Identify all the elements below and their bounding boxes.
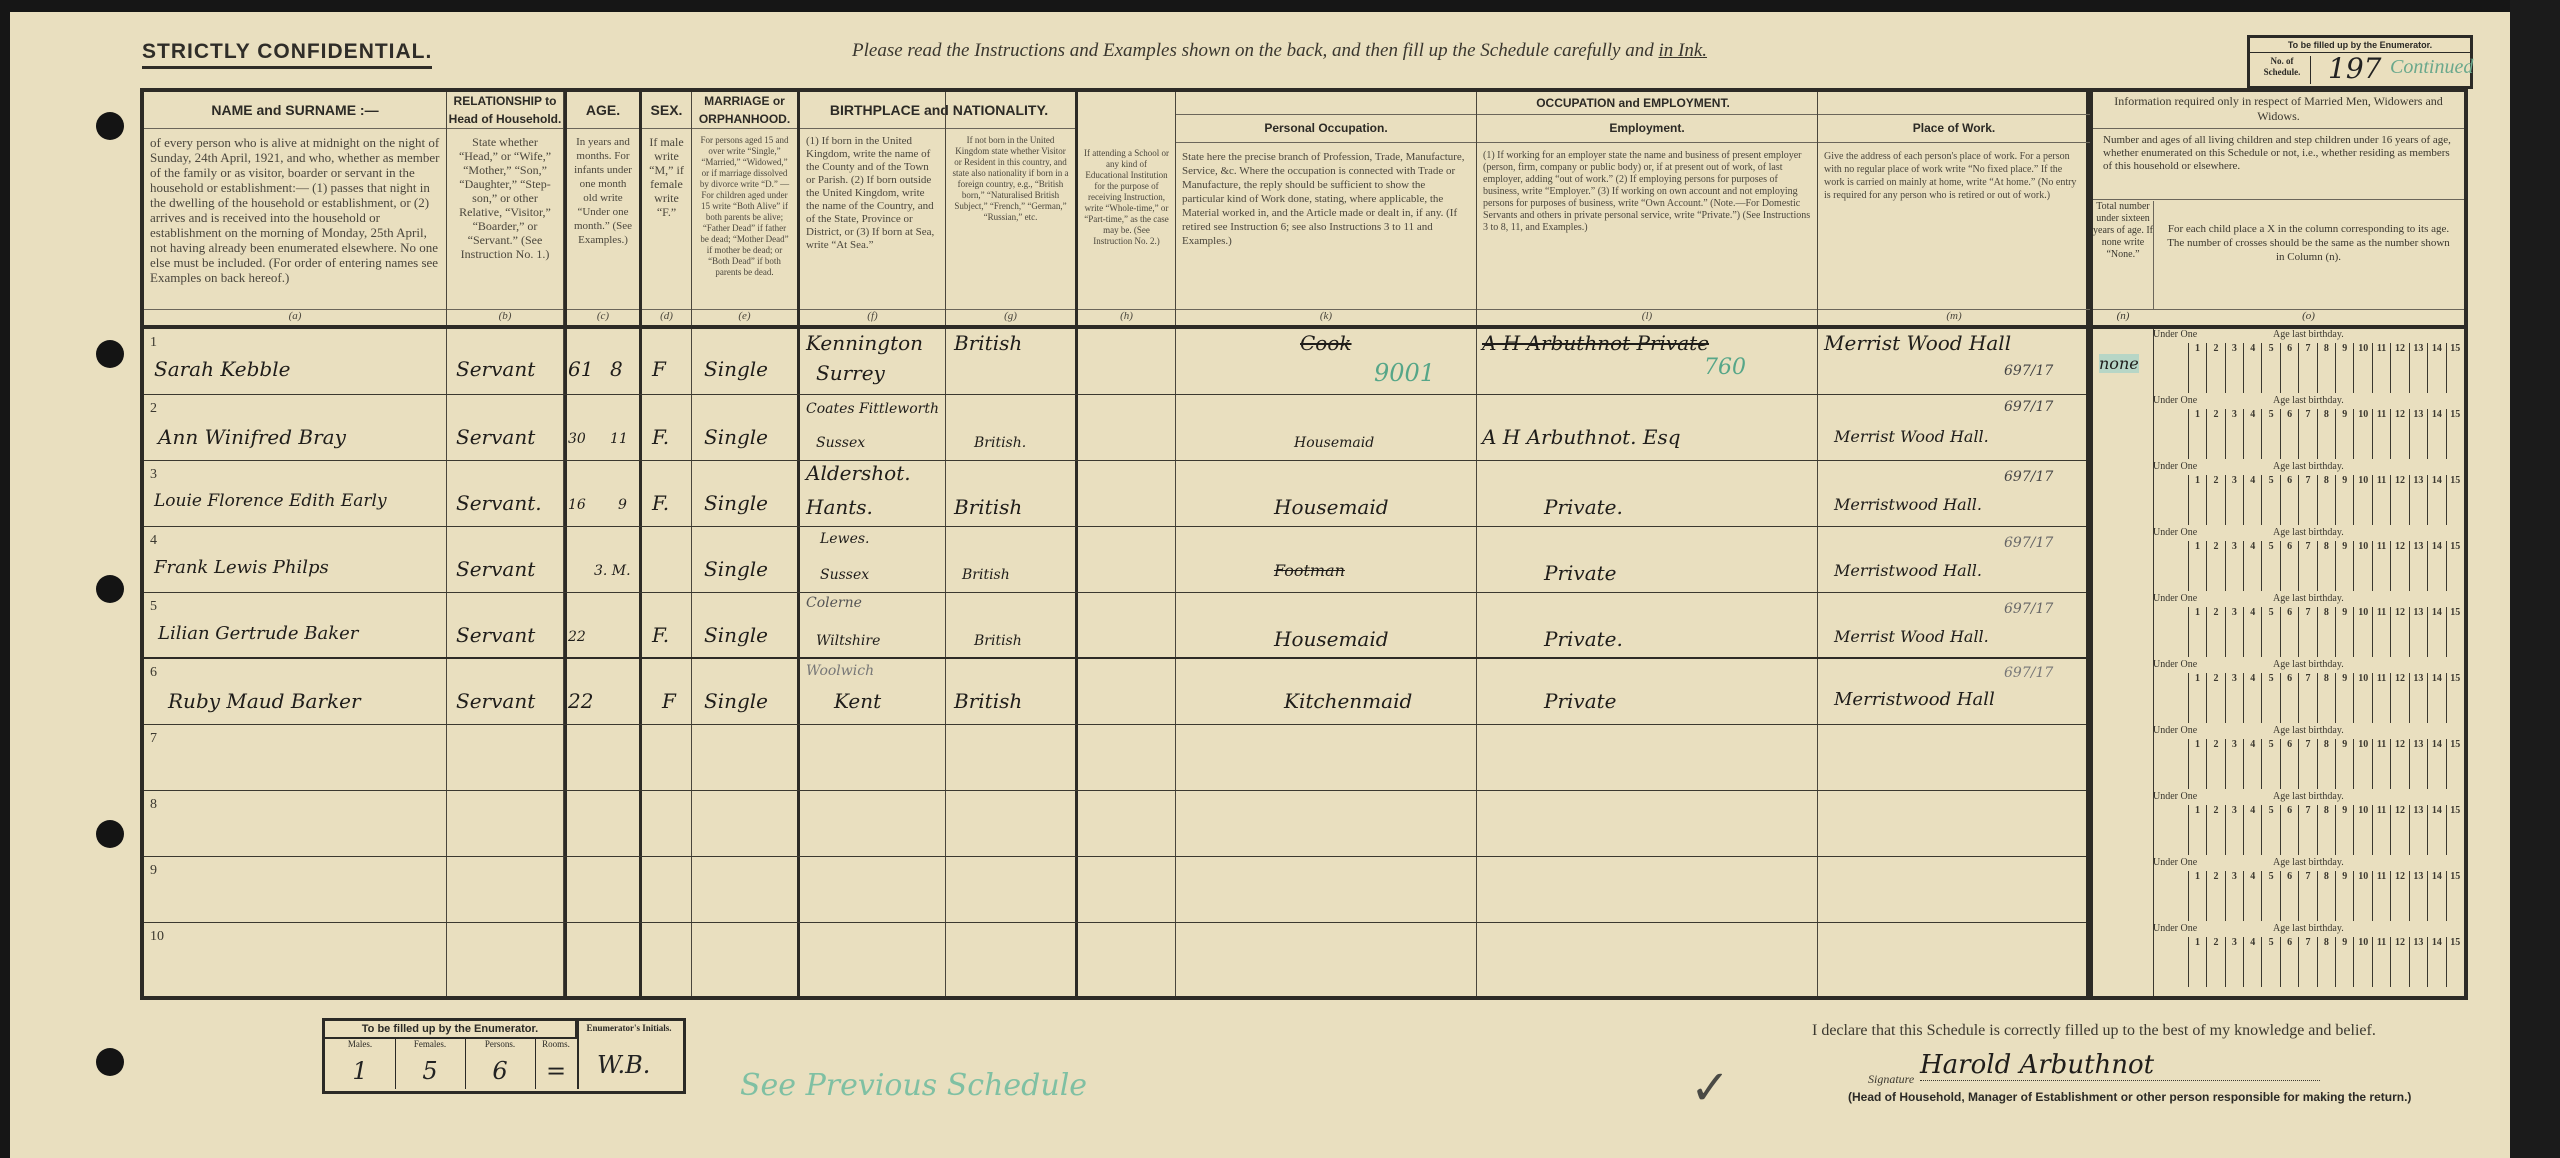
nationality: British. bbox=[974, 435, 1026, 451]
entries: 1 Sarah Kebble Servant 61 8 F Single Ken… bbox=[144, 329, 2086, 996]
table-row: 10 bbox=[144, 923, 2086, 989]
person-name: Frank Lewis Philps bbox=[154, 557, 329, 578]
employer: A H Arbuthnot Private bbox=[1482, 331, 1709, 355]
column-o-instructions: For each child place a X in the column c… bbox=[2153, 222, 2464, 302]
occupation: Housemaid bbox=[1274, 627, 1389, 651]
column-letter: (g) bbox=[946, 309, 1075, 326]
age-grid: Under One Age last birthday. 12345678910… bbox=[2153, 461, 2464, 527]
column-header: Personal Occupation. bbox=[1176, 114, 1476, 143]
marital-status: Single bbox=[704, 357, 768, 381]
birthplace-town: Woolwich bbox=[806, 663, 874, 679]
column-letter: (c) bbox=[567, 309, 639, 326]
birthplace-county: Hants. bbox=[806, 495, 873, 519]
signature-label: Signature bbox=[1868, 1072, 1914, 1087]
place-of-work: Merristwood Hall bbox=[1834, 689, 1995, 710]
column-instructions: If male write “M,” if female write “F.” bbox=[642, 129, 691, 309]
sex: F. bbox=[652, 425, 669, 449]
sex: F. bbox=[652, 623, 669, 647]
place-code: 697/17 bbox=[2004, 601, 2053, 617]
table-row: 5 Lilian Gertrude Baker Servant 22 F. Si… bbox=[144, 593, 2086, 659]
row-number: 9 bbox=[150, 863, 157, 879]
place-code: 697/17 bbox=[2004, 665, 2053, 681]
column-instructions: of every person who is alive at midnight… bbox=[144, 129, 446, 309]
age-years: 16 bbox=[568, 497, 586, 513]
marital-status: Single bbox=[704, 557, 768, 581]
age-grid: Under One Age last birthday. 12345678910… bbox=[2153, 659, 2464, 725]
column-letter: (k) bbox=[1176, 309, 1476, 326]
column-instructions: State whether “Head,” or “Wife,” “Mother… bbox=[447, 129, 563, 309]
age-last-birthday-label: Age last birthday. bbox=[2273, 395, 2344, 406]
place-of-work: Merrist Wood Hall bbox=[1824, 331, 2011, 355]
age-last-birthday-label: Age last birthday. bbox=[2273, 593, 2344, 604]
birthplace-town: Aldershot. bbox=[806, 461, 911, 485]
enumerator-initials: W.B. bbox=[597, 1051, 650, 1079]
person-name: Ann Winifred Bray bbox=[158, 425, 346, 449]
column-instructions: State here the precise branch of Profess… bbox=[1176, 144, 1476, 309]
instructions-line: Please read the Instructions and Example… bbox=[852, 40, 1707, 62]
person-name: Louie Florence Edith Early bbox=[154, 491, 387, 511]
table-row: 3 Louie Florence Edith Early Servant. 16… bbox=[144, 461, 2086, 527]
punch-hole bbox=[96, 820, 124, 848]
age-months: 9 bbox=[618, 497, 627, 513]
age-last-birthday-label: Age last birthday. bbox=[2273, 791, 2344, 802]
under-one-label: Under One bbox=[2153, 461, 2197, 472]
children-section-header: Information required only in respect of … bbox=[2093, 92, 2464, 129]
age-grid: Under One Age last birthday. 12345678910… bbox=[2153, 725, 2464, 791]
females-count: 5 bbox=[395, 1057, 465, 1085]
under-one-label: Under One bbox=[2153, 593, 2197, 604]
under-one-label: Under One bbox=[2153, 857, 2197, 868]
punch-hole bbox=[96, 1048, 124, 1076]
sex: F bbox=[652, 357, 666, 381]
marital-status: Single bbox=[704, 491, 768, 515]
column-instructions: If not born in the United Kingdom state … bbox=[946, 129, 1075, 309]
table-row: 2 Ann Winifred Bray Servant 30 11 F. Sin… bbox=[144, 395, 2086, 461]
table-row: 9 bbox=[144, 857, 2086, 923]
column-instructions: (1) If born in the United Kingdom, write… bbox=[800, 129, 945, 309]
schedule-number-label: No. of Schedule. bbox=[2254, 56, 2311, 84]
children-count: none bbox=[2099, 354, 2139, 373]
males-count: 1 bbox=[325, 1057, 395, 1085]
place-code: 697/17 bbox=[2004, 399, 2053, 415]
males-label: Males. bbox=[325, 1039, 395, 1049]
age-grid: Under One Age last birthday. 12345678910… bbox=[2153, 923, 2464, 989]
row-number: 7 bbox=[150, 731, 157, 747]
row-number: 6 bbox=[150, 665, 157, 681]
employer: Private. bbox=[1544, 495, 1623, 519]
column-header: NAME and SURNAME :— bbox=[144, 92, 446, 129]
relationship: Servant bbox=[456, 557, 535, 581]
column-instructions: In years and months. For infants under o… bbox=[567, 129, 639, 309]
marital-status: Single bbox=[704, 623, 768, 647]
enumerator-box-header: To be filled up by the Enumerator. bbox=[325, 1021, 577, 1039]
signature-note: (Head of Household, Manager of Establish… bbox=[1848, 1090, 2411, 1104]
age-grid: Under One Age last birthday. 12345678910… bbox=[2153, 857, 2464, 923]
column-letter: (d) bbox=[642, 309, 691, 326]
column-letter: (m) bbox=[1818, 309, 2090, 326]
age-years: 22 bbox=[568, 689, 593, 713]
sex: F. bbox=[652, 491, 669, 515]
age-last-birthday-label: Age last birthday. bbox=[2273, 857, 2344, 868]
row-number: 1 bbox=[150, 335, 157, 351]
sex: F bbox=[662, 689, 676, 713]
schedule-number-box: To be filled up by the Enumerator. No. o… bbox=[2247, 35, 2473, 89]
signature: Harold Arbuthnot bbox=[1920, 1050, 2320, 1081]
age-last-birthday-label: Age last birthday. bbox=[2273, 329, 2344, 340]
age-years: 30 bbox=[568, 431, 586, 447]
nationality: British bbox=[954, 689, 1022, 713]
column-instructions: Give the address of each person's place … bbox=[1818, 144, 2090, 309]
relationship: Servant bbox=[456, 357, 535, 381]
birthplace-county: Sussex bbox=[816, 435, 865, 451]
birthplace-town: Lewes. bbox=[820, 531, 870, 547]
person-name: Ruby Maud Barker bbox=[168, 689, 361, 713]
scan-edge bbox=[2510, 0, 2560, 1158]
table-row: 1 Sarah Kebble Servant 61 8 F Single Ken… bbox=[144, 329, 2086, 395]
rooms-label: Rooms. bbox=[535, 1039, 577, 1049]
under-one-label: Under One bbox=[2153, 527, 2197, 538]
under-one-label: Under One bbox=[2153, 725, 2197, 736]
column-letter: (e) bbox=[692, 309, 797, 326]
place-code: 697/17 bbox=[2004, 363, 2053, 379]
marital-status: Single bbox=[704, 689, 768, 713]
schedule-annotation: Continued bbox=[2390, 56, 2473, 79]
column-letter: (h) bbox=[1078, 309, 1175, 326]
under-one-label: Under One bbox=[2153, 329, 2197, 340]
column-header: RELATIONSHIP to Head of Household. bbox=[447, 92, 563, 129]
employer: Private bbox=[1544, 689, 1617, 713]
column-letter: (f) bbox=[800, 309, 945, 326]
employer: A H Arbuthnot. Esq bbox=[1482, 425, 1681, 449]
table-row: 7 bbox=[144, 725, 2086, 791]
column-instructions: (1) If working for an employer state the… bbox=[1477, 144, 1817, 309]
relationship: Servant. bbox=[456, 491, 542, 515]
age-years: 22 bbox=[568, 629, 586, 645]
birthplace-county: Sussex bbox=[820, 567, 869, 583]
person-name: Lilian Gertrude Baker bbox=[158, 623, 358, 644]
column-header: AGE. bbox=[567, 92, 639, 129]
table-row: 6 Ruby Maud Barker Servant 22 F Single W… bbox=[144, 659, 2086, 725]
column-header: SEX. bbox=[642, 92, 691, 129]
occupation: Footman bbox=[1274, 561, 1345, 580]
under-one-label: Under One bbox=[2153, 791, 2197, 802]
check-mark-icon: ✓ bbox=[1690, 1060, 1730, 1116]
occupation: Kitchenmaid bbox=[1284, 689, 1412, 713]
punch-hole bbox=[96, 575, 124, 603]
under-one-label: Under One bbox=[2153, 923, 2197, 934]
age-last-birthday-label: Age last birthday. bbox=[2273, 725, 2344, 736]
birthplace-town: Kennington bbox=[806, 331, 923, 355]
relationship: Servant bbox=[456, 425, 535, 449]
column-instructions: If attending a School or any kind of Edu… bbox=[1078, 142, 1175, 322]
place-of-work: Merristwood Hall. bbox=[1834, 561, 1982, 580]
age-months: 11 bbox=[610, 431, 628, 447]
column-letter: (n) bbox=[2093, 309, 2153, 326]
birthplace-town: Coates Fittleworth bbox=[806, 401, 939, 417]
birthplace-town: Colerne bbox=[806, 595, 862, 611]
nationality: British bbox=[962, 567, 1010, 583]
age-grid: Under One Age last birthday. 12345678910… bbox=[2153, 395, 2464, 461]
column-instructions: For persons aged 15 and over write “Sing… bbox=[692, 129, 797, 309]
row-number: 8 bbox=[150, 797, 157, 813]
nationality: British bbox=[974, 633, 1022, 649]
place-of-work: Merristwood Hall. bbox=[1834, 495, 1982, 514]
see-previous-note: See Previous Schedule bbox=[740, 1068, 1087, 1103]
occupation: Cook bbox=[1300, 331, 1352, 355]
age-years: 61 bbox=[568, 357, 593, 381]
column-letter: (b) bbox=[447, 309, 563, 326]
column-letter: (l) bbox=[1477, 309, 1817, 326]
initials-label: Enumerator's Initials. bbox=[579, 1023, 679, 1033]
census-form-table: NAME and SURNAME :— of every person who … bbox=[140, 88, 2090, 1000]
age-months: 3. M. bbox=[594, 563, 631, 579]
birthplace-county: Surrey bbox=[816, 361, 885, 385]
column-header: Employment. bbox=[1477, 114, 1817, 143]
age-last-birthday-label: Age last birthday. bbox=[2273, 527, 2344, 538]
marital-status: Single bbox=[704, 425, 768, 449]
age-last-birthday-label: Age last birthday. bbox=[2273, 923, 2344, 934]
page-title: STRICTLY CONFIDENTIAL. bbox=[142, 40, 432, 69]
declaration-text: I declare that this Schedule is correctl… bbox=[1812, 1022, 2376, 1040]
employment-code: 760 bbox=[1704, 355, 1746, 380]
females-label: Females. bbox=[395, 1039, 465, 1049]
age-grid: Under One Age last birthday. 12345678910… bbox=[2153, 329, 2464, 395]
table-row: 8 bbox=[144, 791, 2086, 857]
children-section-instructions: Number and ages of all living children a… bbox=[2093, 128, 2464, 200]
children-section: Information required only in respect of … bbox=[2090, 88, 2468, 1000]
birthplace-county: Wiltshire bbox=[816, 633, 880, 649]
column-letter: (a) bbox=[144, 309, 446, 326]
person-name: Sarah Kebble bbox=[154, 357, 290, 381]
place-of-work: Merrist Wood Hall. bbox=[1834, 627, 1989, 646]
punch-hole bbox=[96, 112, 124, 140]
rooms-count: = bbox=[535, 1057, 577, 1085]
nationality: British bbox=[954, 331, 1022, 355]
row-number: 5 bbox=[150, 599, 157, 615]
column-header: Place of Work. bbox=[1818, 114, 2090, 143]
column-header: MARRIAGE or ORPHANHOOD. bbox=[692, 92, 797, 129]
employer: Private. bbox=[1544, 627, 1623, 651]
occupation-code: 9001 bbox=[1374, 359, 1435, 387]
schedule-box-header: To be filled up by the Enumerator. bbox=[2250, 38, 2470, 53]
row-number: 3 bbox=[150, 467, 157, 483]
persons-label: Persons. bbox=[465, 1039, 535, 1049]
age-grid: Under One Age last birthday. 12345678910… bbox=[2153, 593, 2464, 659]
schedule-number-value: 197 bbox=[2328, 52, 2381, 85]
age-last-birthday-label: Age last birthday. bbox=[2273, 659, 2344, 670]
row-number: 10 bbox=[150, 929, 164, 945]
under-one-label: Under One bbox=[2153, 395, 2197, 406]
age-grid: Under One Age last birthday. 12345678910… bbox=[2153, 791, 2464, 857]
relationship: Servant bbox=[456, 689, 535, 713]
age-grid: Under One Age last birthday. 12345678910… bbox=[2153, 527, 2464, 593]
enumerator-box: To be filled up by the Enumerator. Males… bbox=[322, 1018, 686, 1094]
row-number: 4 bbox=[150, 533, 157, 549]
occupation: Housemaid bbox=[1274, 495, 1389, 519]
under-one-label: Under One bbox=[2153, 659, 2197, 670]
place-of-work: Merrist Wood Hall. bbox=[1834, 427, 1989, 446]
table-row: 4 Frank Lewis Philps Servant 3. M. Singl… bbox=[144, 527, 2086, 593]
age-months: 8 bbox=[610, 357, 623, 381]
column-letter: (o) bbox=[2153, 309, 2464, 326]
occupation: Housemaid bbox=[1294, 435, 1374, 451]
age-last-birthday-label: Age last birthday. bbox=[2273, 461, 2344, 472]
column-n-instructions: Total number under sixteen years of age.… bbox=[2093, 201, 2154, 309]
employer: Private bbox=[1544, 561, 1617, 585]
nationality: British bbox=[954, 495, 1022, 519]
place-code: 697/17 bbox=[2004, 469, 2053, 485]
place-code: 697/17 bbox=[2004, 535, 2053, 551]
relationship: Servant bbox=[456, 623, 535, 647]
birthplace-county: Kent bbox=[834, 689, 881, 713]
punch-hole bbox=[96, 340, 124, 368]
persons-count: 6 bbox=[465, 1057, 535, 1085]
row-number: 2 bbox=[150, 401, 157, 417]
